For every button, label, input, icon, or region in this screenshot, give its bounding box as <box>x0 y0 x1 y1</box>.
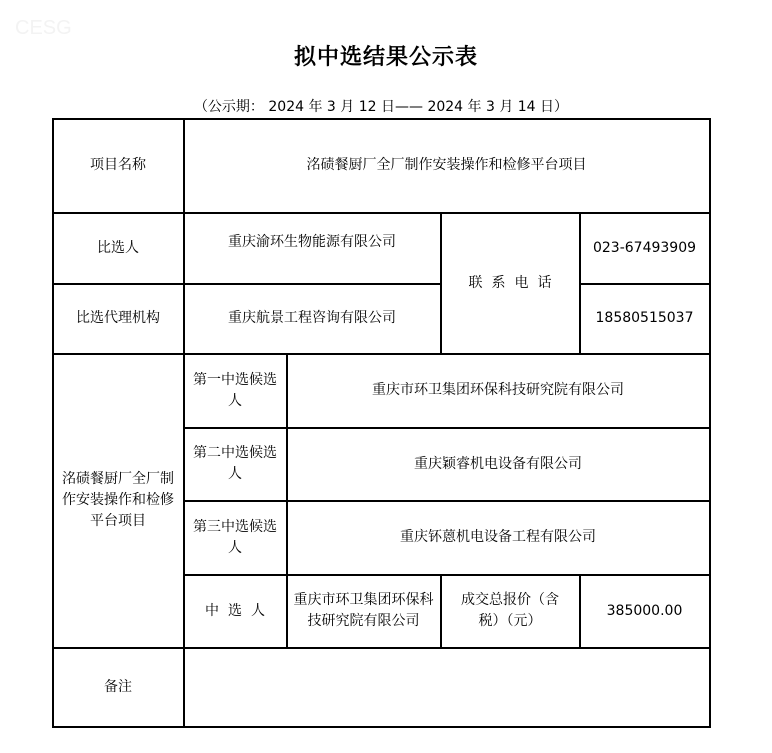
agent-value: 重庆航景工程咨询有限公司 <box>184 284 440 353</box>
candidate-1-company: 重庆市环卫集团环保科技研究院有限公司 <box>287 354 709 427</box>
winner-company: 重庆市环卫集团环保科技研究院有限公司 <box>293 575 434 647</box>
remarks-value <box>184 648 709 726</box>
publicity-period: （公示期： 2024 年 3 月 12 日—— 2024 年 3 月 14 日） <box>0 96 762 116</box>
candidate-2-rank: 第二中选候选人 <box>191 428 279 500</box>
agent-phone: 18580515037 <box>580 284 709 353</box>
remarks-label: 备注 <box>53 648 183 726</box>
bidder-label: 比选人 <box>53 213 183 283</box>
watermark: CESG <box>15 17 72 40</box>
project-section-label: 洺碛餐厨厂全厂制作安装操作和检修平台项目 <box>56 354 180 647</box>
candidate-3-company: 重庆钚蒽机电设备工程有限公司 <box>287 501 709 574</box>
winner-label: 中选人 <box>184 575 286 647</box>
candidate-1-rank: 第一中选候选人 <box>191 354 279 427</box>
candidate-2-company: 重庆颖睿机电设备有限公司 <box>287 428 709 500</box>
candidate-3-rank: 第三中选候选人 <box>191 501 279 574</box>
page-title: 拟中选结果公示表 <box>0 40 772 71</box>
total-price-label: 成交总报价（含税）（元） <box>460 575 560 647</box>
bidder-phone: 023-67493909 <box>580 213 709 283</box>
table-border-bottom <box>52 726 711 728</box>
bidder-value: 重庆渝环生物能源有限公司 <box>184 213 440 271</box>
total-price-value: 385000.00 <box>580 575 709 647</box>
col-divider <box>440 574 442 648</box>
project-name-value: 洺碛餐厨厂全厂制作安装操作和检修平台项目 <box>184 119 709 212</box>
contact-phone-label: 联系电话 <box>441 213 579 353</box>
agent-label: 比选代理机构 <box>53 284 183 353</box>
table-border-right <box>709 118 711 727</box>
project-name-label: 项目名称 <box>53 119 183 212</box>
